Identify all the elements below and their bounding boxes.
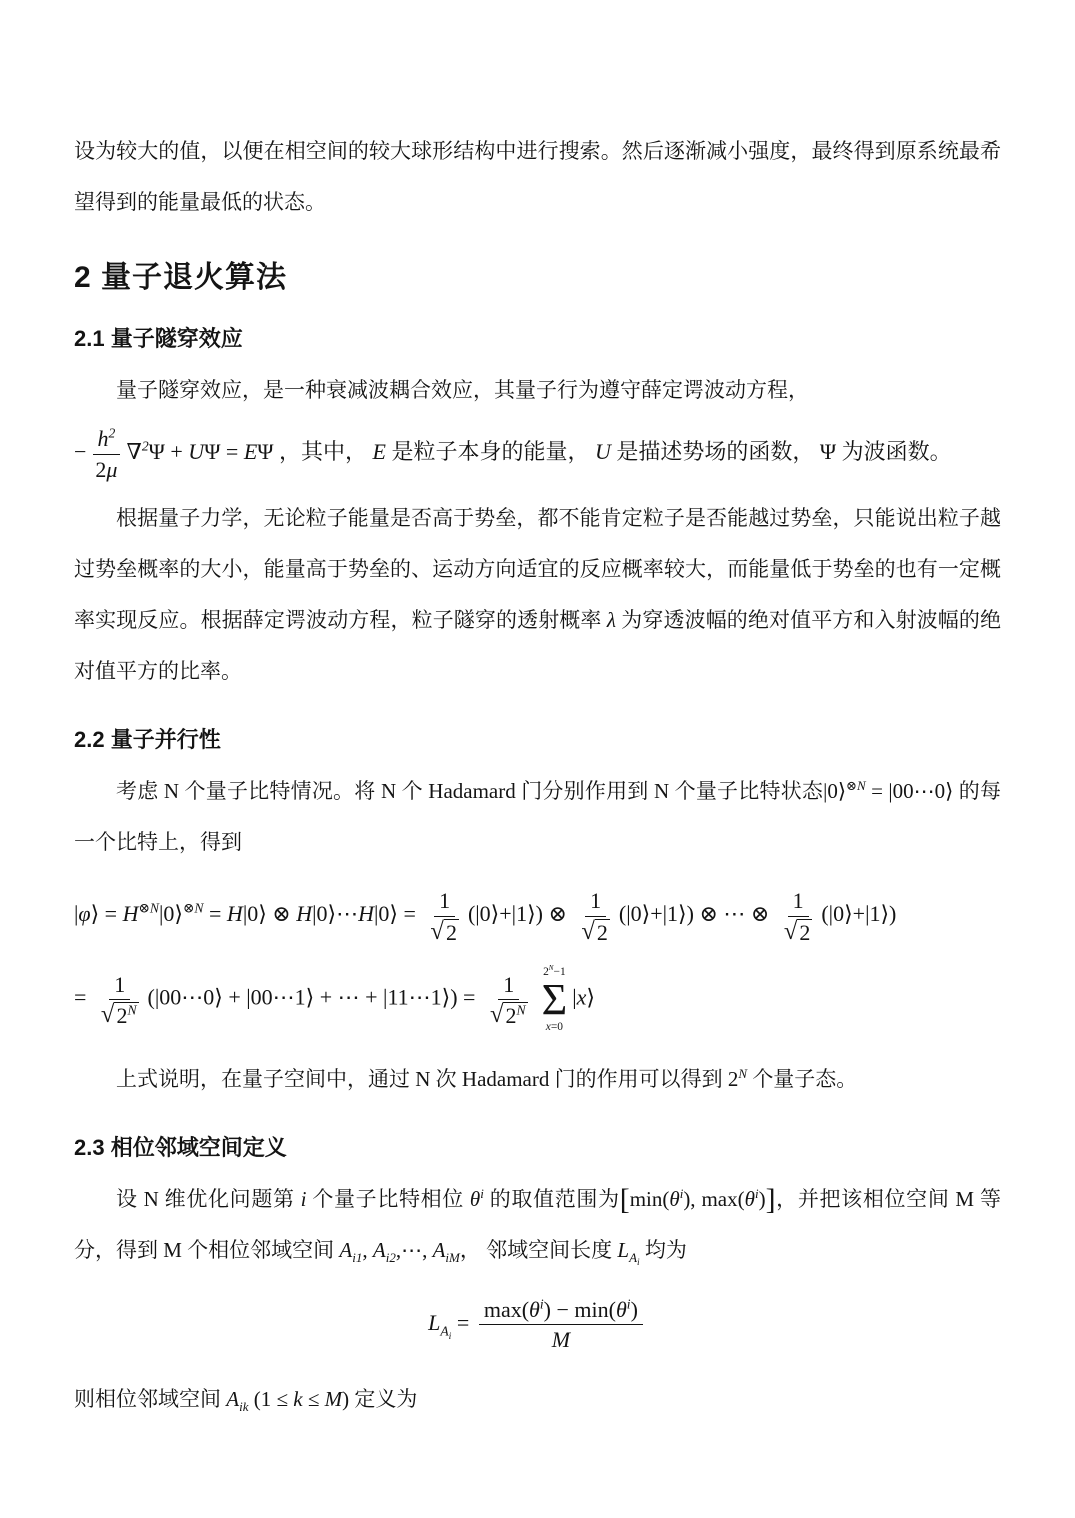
math-token: √2N <box>490 1002 528 1028</box>
formula-superposition-sum: = 1√2N(|00⋯0⟩ + |00⋯1⟩ + ⋯ + |11⋯1⟩) = 1… <box>74 965 1001 1034</box>
math-token: H <box>358 901 374 926</box>
math-token: √2 <box>430 919 459 945</box>
math-token: ) 定义为 <box>342 1387 417 1411</box>
math-token: = <box>204 901 227 926</box>
math-token: − <box>74 439 86 464</box>
math-token: 1√2N <box>485 971 533 1029</box>
math-token: |0⟩ <box>159 901 183 926</box>
formula-neighborhood-length: LAi = max(θi) − min(θi)M <box>74 1296 1001 1354</box>
math-token: 1 <box>114 972 125 997</box>
math-token: (1 ≤ <box>248 1387 293 1411</box>
math-token: ) − min( <box>544 1297 616 1322</box>
math-token: H <box>123 901 139 926</box>
math-token: A <box>433 1238 446 1262</box>
math-token: =0 <box>551 1021 563 1033</box>
math-token: |0⟩ ⊗ <box>243 901 296 926</box>
math-token: θ <box>529 1297 540 1322</box>
subsection-heading-2-1: 2.1 量子隧穿效应 <box>74 322 1001 353</box>
math-token: 1 <box>788 887 809 917</box>
math-token: ,⋯, <box>396 1238 433 1262</box>
math-token: ⟩ = <box>91 901 123 926</box>
math-token: √ <box>430 919 444 945</box>
math-token: ] <box>766 1183 776 1216</box>
math-token: 2μ <box>90 455 122 484</box>
paragraph-tunneling-intro: 量子隧穿效应，是一种衰减波耦合效应，其量子行为遵守薛定谔波动方程， <box>74 365 1001 416</box>
math-token: x <box>577 985 587 1010</box>
document-page: 设为较大的值，以便在相空间的较大球形结构中进行搜索。然后逐渐减小强度，最终得到原… <box>0 0 1075 1465</box>
math-token: √2 <box>581 919 610 945</box>
math-token: 2 <box>728 1067 739 1091</box>
math-token: = <box>74 985 92 1010</box>
math-token: 2 <box>109 426 116 441</box>
math-token: 2 <box>597 920 608 945</box>
math-token: 2 <box>595 919 610 945</box>
math-token: h2 <box>93 425 121 455</box>
math-token: θ <box>669 1187 679 1211</box>
math-token: H <box>227 901 243 926</box>
math-token: L <box>428 1310 440 1335</box>
math-token: i <box>637 1258 640 1268</box>
math-token: 1√2 <box>425 887 464 945</box>
math-token: ∇ <box>126 439 141 464</box>
math-token: k <box>293 1387 302 1411</box>
math-token: A <box>339 1238 352 1262</box>
equation-schrodinger: −h22μ∇2Ψ + UΨ = EΨ ，其中， E 是粒子本身的能量， U 是描… <box>74 425 1001 483</box>
math-token: = <box>451 1310 474 1335</box>
math-token: |0⟩ = <box>374 901 421 926</box>
math-token: 1 <box>439 888 450 913</box>
math-token: √2 <box>784 919 813 945</box>
paragraph-tunneling-detail: 根据量子力学，无论粒子能量是否高于势垒，都不能肯定粒子是否能越过势垒，只能说出粒… <box>74 493 1001 696</box>
math-token: i1 <box>352 1250 362 1265</box>
math-token: max( <box>484 1297 529 1322</box>
math-token: Ψ + <box>149 439 189 464</box>
math-token: θ <box>616 1297 627 1322</box>
math-token: min( <box>630 1187 670 1211</box>
math-token: ⟩ <box>586 985 595 1010</box>
section-heading-2: 2 量子退火算法 <box>74 252 1001 296</box>
math-token: 2N−1Σx=0 <box>542 965 568 1034</box>
paragraph-parallelism-conclusion: 上式说明，在量子空间中，通过 N 次 Hadamard 门的作用可以得到 2N … <box>74 1054 1001 1105</box>
math-token: 2 <box>799 920 810 945</box>
math-token: 考虑 N 个量子比特情况。将 N 个 Hadamard 门分别作用到 N 个量子… <box>116 779 823 803</box>
math-token: 1 <box>585 887 606 917</box>
math-token: 2N <box>114 1002 138 1028</box>
math-token: ⊗N <box>138 901 159 916</box>
paragraph-phase-space: 设 N 维优化问题第 i 个量子比特相位 θi 的取值范围为[min(θi), … <box>74 1174 1001 1276</box>
math-token: U <box>595 439 611 464</box>
math-token: H <box>296 901 312 926</box>
math-token: ), max( <box>683 1187 744 1211</box>
math-token: √2N <box>101 1002 139 1028</box>
math-token: λ <box>607 608 616 632</box>
math-token: L <box>617 1238 629 1262</box>
math-token: M <box>325 1387 343 1411</box>
math-token: max(θi) − min(θi)M <box>479 1296 643 1354</box>
math-token: N <box>127 1003 136 1018</box>
math-token: |0⟩⋯ <box>312 901 358 926</box>
math-token: ) <box>759 1187 766 1211</box>
math-token: √2 <box>576 917 615 946</box>
math-token: 2N <box>503 1002 527 1028</box>
math-token: (|0⟩+|1⟩) <box>821 901 896 926</box>
subsection-heading-2-2: 2.2 量子并行性 <box>74 723 1001 754</box>
math-token: 1 <box>793 888 804 913</box>
math-token: 个量子比特相位 <box>306 1187 469 1211</box>
math-token: M <box>552 1327 570 1352</box>
math-token: iM <box>445 1250 459 1265</box>
math-token: 则相位邻域空间 <box>74 1387 226 1411</box>
math-token: N <box>516 1003 525 1018</box>
math-token: ) <box>631 1297 638 1322</box>
math-token: √2 <box>779 917 818 946</box>
math-token: √2N <box>485 1000 533 1029</box>
math-token: 上式说明，在量子空间中，通过 N 次 Hadamard 门的作用可以得到 <box>116 1067 728 1091</box>
math-token: ⊗N <box>846 778 866 793</box>
math-token: Σ <box>542 980 568 1020</box>
math-token: [ <box>620 1183 630 1216</box>
math-token: ，其中， <box>274 439 373 464</box>
math-token: max(θi) − min(θi) <box>479 1296 643 1326</box>
math-token: 设 N 维优化问题第 <box>116 1187 301 1211</box>
math-token: ⊗N <box>183 901 204 916</box>
math-token: ， 邻域空间长度 <box>460 1238 618 1262</box>
math-token: √ <box>101 1002 115 1028</box>
math-token: A <box>440 1323 448 1338</box>
math-token: 的取值范围为 <box>484 1187 620 1211</box>
math-token: , <box>362 1238 373 1262</box>
math-token: A <box>226 1387 239 1411</box>
math-token: 2 <box>797 919 812 945</box>
math-token: 均为 <box>640 1238 687 1262</box>
math-token: A <box>373 1238 386 1262</box>
math-token: (|00⋯0⟩ + |00⋯1⟩ + ⋯ + |11⋯1⟩) = <box>148 985 481 1010</box>
math-token: M <box>547 1325 575 1354</box>
math-token: h22μ <box>90 425 122 483</box>
math-token: ≤ <box>303 1387 325 1411</box>
paragraph-neighborhood-definition: 则相位邻域空间 Aik (1 ≤ k ≤ M) 定义为 <box>74 1374 1001 1425</box>
math-token: √2 <box>425 917 464 946</box>
paragraph-parallelism-intro: 考虑 N 个量子比特情况。将 N 个 Hadamard 门分别作用到 N 个量子… <box>74 766 1001 868</box>
math-token: √ <box>490 1002 504 1028</box>
math-token: 个量子态。 <box>747 1067 857 1091</box>
math-token: E <box>373 439 386 464</box>
math-token: 1 <box>109 971 130 1001</box>
math-token: 1√2 <box>576 887 615 945</box>
math-token: h <box>98 426 109 451</box>
math-token: U <box>188 439 204 464</box>
math-token: i2 <box>386 1250 396 1265</box>
math-token: √ <box>581 919 595 945</box>
math-token: (|0⟩+|1⟩) ⊗ ⋯ ⊗ <box>619 901 775 926</box>
math-token: 2 <box>142 439 149 454</box>
math-token: 1 <box>590 888 601 913</box>
math-token: 1√2N <box>96 971 144 1029</box>
math-token: (|0⟩+|1⟩) ⊗ <box>468 901 572 926</box>
math-token: μ <box>106 457 117 482</box>
math-token: A <box>629 1250 637 1265</box>
math-token: x=0 <box>546 1020 563 1034</box>
math-token: 2 <box>446 920 457 945</box>
math-token: 2 <box>116 1003 127 1028</box>
math-token: θ <box>470 1187 480 1211</box>
math-token: 是粒子本身的能量， <box>386 439 595 464</box>
math-token: Ψ = <box>204 439 244 464</box>
math-token: 1 <box>503 972 514 997</box>
math-token: 2 <box>505 1003 516 1028</box>
math-token: φ <box>78 901 90 926</box>
math-token: √2N <box>96 1000 144 1029</box>
math-token: N <box>738 1066 747 1081</box>
math-token: 1√2 <box>779 887 818 945</box>
math-token: |0⟩ <box>823 779 846 803</box>
math-token: 2 <box>444 919 459 945</box>
math-token: 1 <box>434 887 455 917</box>
paragraph-intro: 设为较大的值，以便在相空间的较大球形结构中进行搜索。然后逐渐减小强度，最终得到原… <box>74 126 1001 228</box>
math-token: 1 <box>498 971 519 1001</box>
subsection-heading-2-3: 2.3 相位邻域空间定义 <box>74 1131 1001 1162</box>
formula-hadamard-expansion: |φ⟩ = H⊗N|0⟩⊗N = H|0⟩ ⊗ H|0⟩⋯H|0⟩ = 1√2(… <box>74 887 1001 945</box>
math-token: Ψ <box>257 439 273 464</box>
math-token: 2 <box>95 457 106 482</box>
math-token: E <box>244 439 257 464</box>
math-token: 是描述势场的函数， Ψ 为波函数。 <box>611 439 952 464</box>
math-token: θ <box>745 1187 755 1211</box>
math-token: √ <box>784 919 798 945</box>
